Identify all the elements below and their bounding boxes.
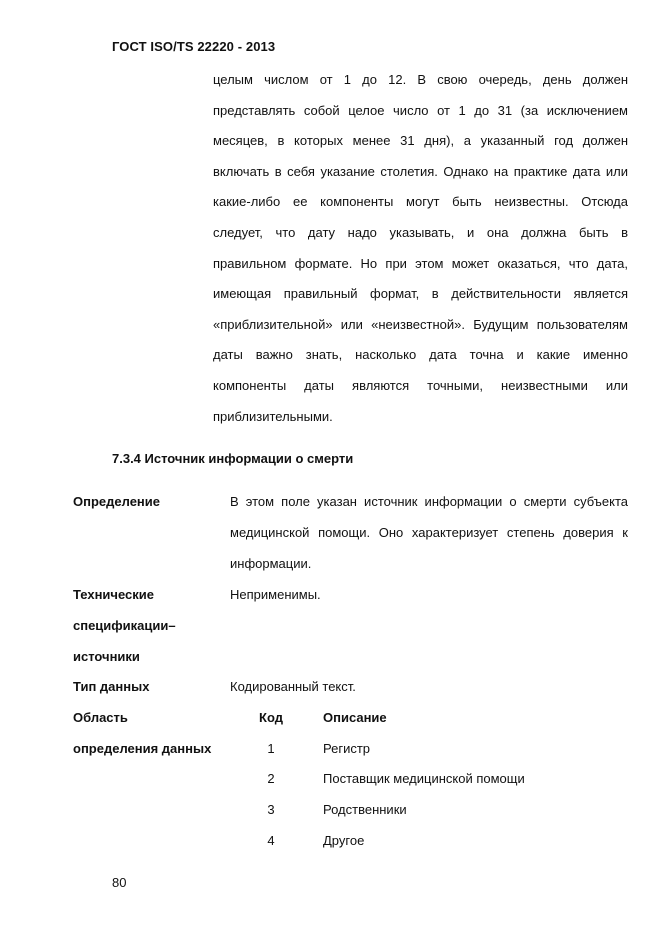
- description-cell: Поставщик медицинской помощи: [323, 771, 525, 786]
- description-column-header: Описание: [323, 710, 387, 725]
- code-column-header: Код: [258, 710, 284, 725]
- paragraph-line: следует, что дату надо указывать, и она …: [213, 218, 628, 249]
- paragraph-line: правильном формате. Но при этом может ок…: [213, 249, 628, 280]
- value-domain-label-line: определения данных: [73, 741, 211, 756]
- paragraph-line: «приблизительной» или «неизвестной». Буд…: [213, 310, 628, 341]
- code-cell: 4: [258, 833, 284, 848]
- tech-specs-label-line: источники: [73, 649, 140, 664]
- tech-specs-label-line: спецификации–: [73, 618, 176, 633]
- data-type-value: Кодированный текст.: [230, 679, 628, 694]
- data-type-label: Тип данных: [73, 679, 149, 694]
- code-cell: 3: [258, 802, 284, 817]
- tech-specs-value: Неприменимы.: [230, 587, 628, 602]
- code-cell: 2: [258, 771, 284, 786]
- definition-line: информации.: [230, 556, 628, 587]
- description-cell: Родственники: [323, 802, 407, 817]
- paragraph-line: приблизительными.: [213, 402, 628, 433]
- page-number: 80: [112, 875, 126, 890]
- paragraph-line: имеющая правильный формат, в действитель…: [213, 279, 628, 310]
- definition-value: В этом поле указан источник информации о…: [230, 494, 628, 587]
- description-cell: Регистр: [323, 741, 370, 756]
- tech-specs-label-line: Технические: [73, 587, 154, 602]
- definition-line: медицинской помощи. Оно характеризует ст…: [230, 525, 628, 556]
- definition-label: Определение: [73, 494, 160, 509]
- paragraph-line: какие-либо ее компоненты могут быть неиз…: [213, 187, 628, 218]
- section-title: 7.3.4 Источник информации о смерти: [112, 451, 353, 466]
- paragraph-line: целым числом от 1 до 12. В свою очередь,…: [213, 65, 628, 96]
- paragraph-line: включать в себя указание столетия. Однак…: [213, 157, 628, 188]
- document-header: ГОСТ ISO/TS 22220 - 2013: [112, 39, 275, 54]
- paragraph-line: представлять собой целое число от 1 до 3…: [213, 96, 628, 127]
- definition-line: В этом поле указан источник информации о…: [230, 494, 628, 525]
- paragraph-line: месяцев, в которых менее 31 дня), а указ…: [213, 126, 628, 157]
- intro-paragraph: целым числом от 1 до 12. В свою очередь,…: [213, 65, 628, 432]
- code-cell: 1: [258, 741, 284, 756]
- description-cell: Другое: [323, 833, 364, 848]
- value-domain-label-line: Область: [73, 710, 128, 725]
- paragraph-line: компоненты даты являются точными, неизве…: [213, 371, 628, 402]
- paragraph-line: даты важно знать, насколько дата точна и…: [213, 340, 628, 371]
